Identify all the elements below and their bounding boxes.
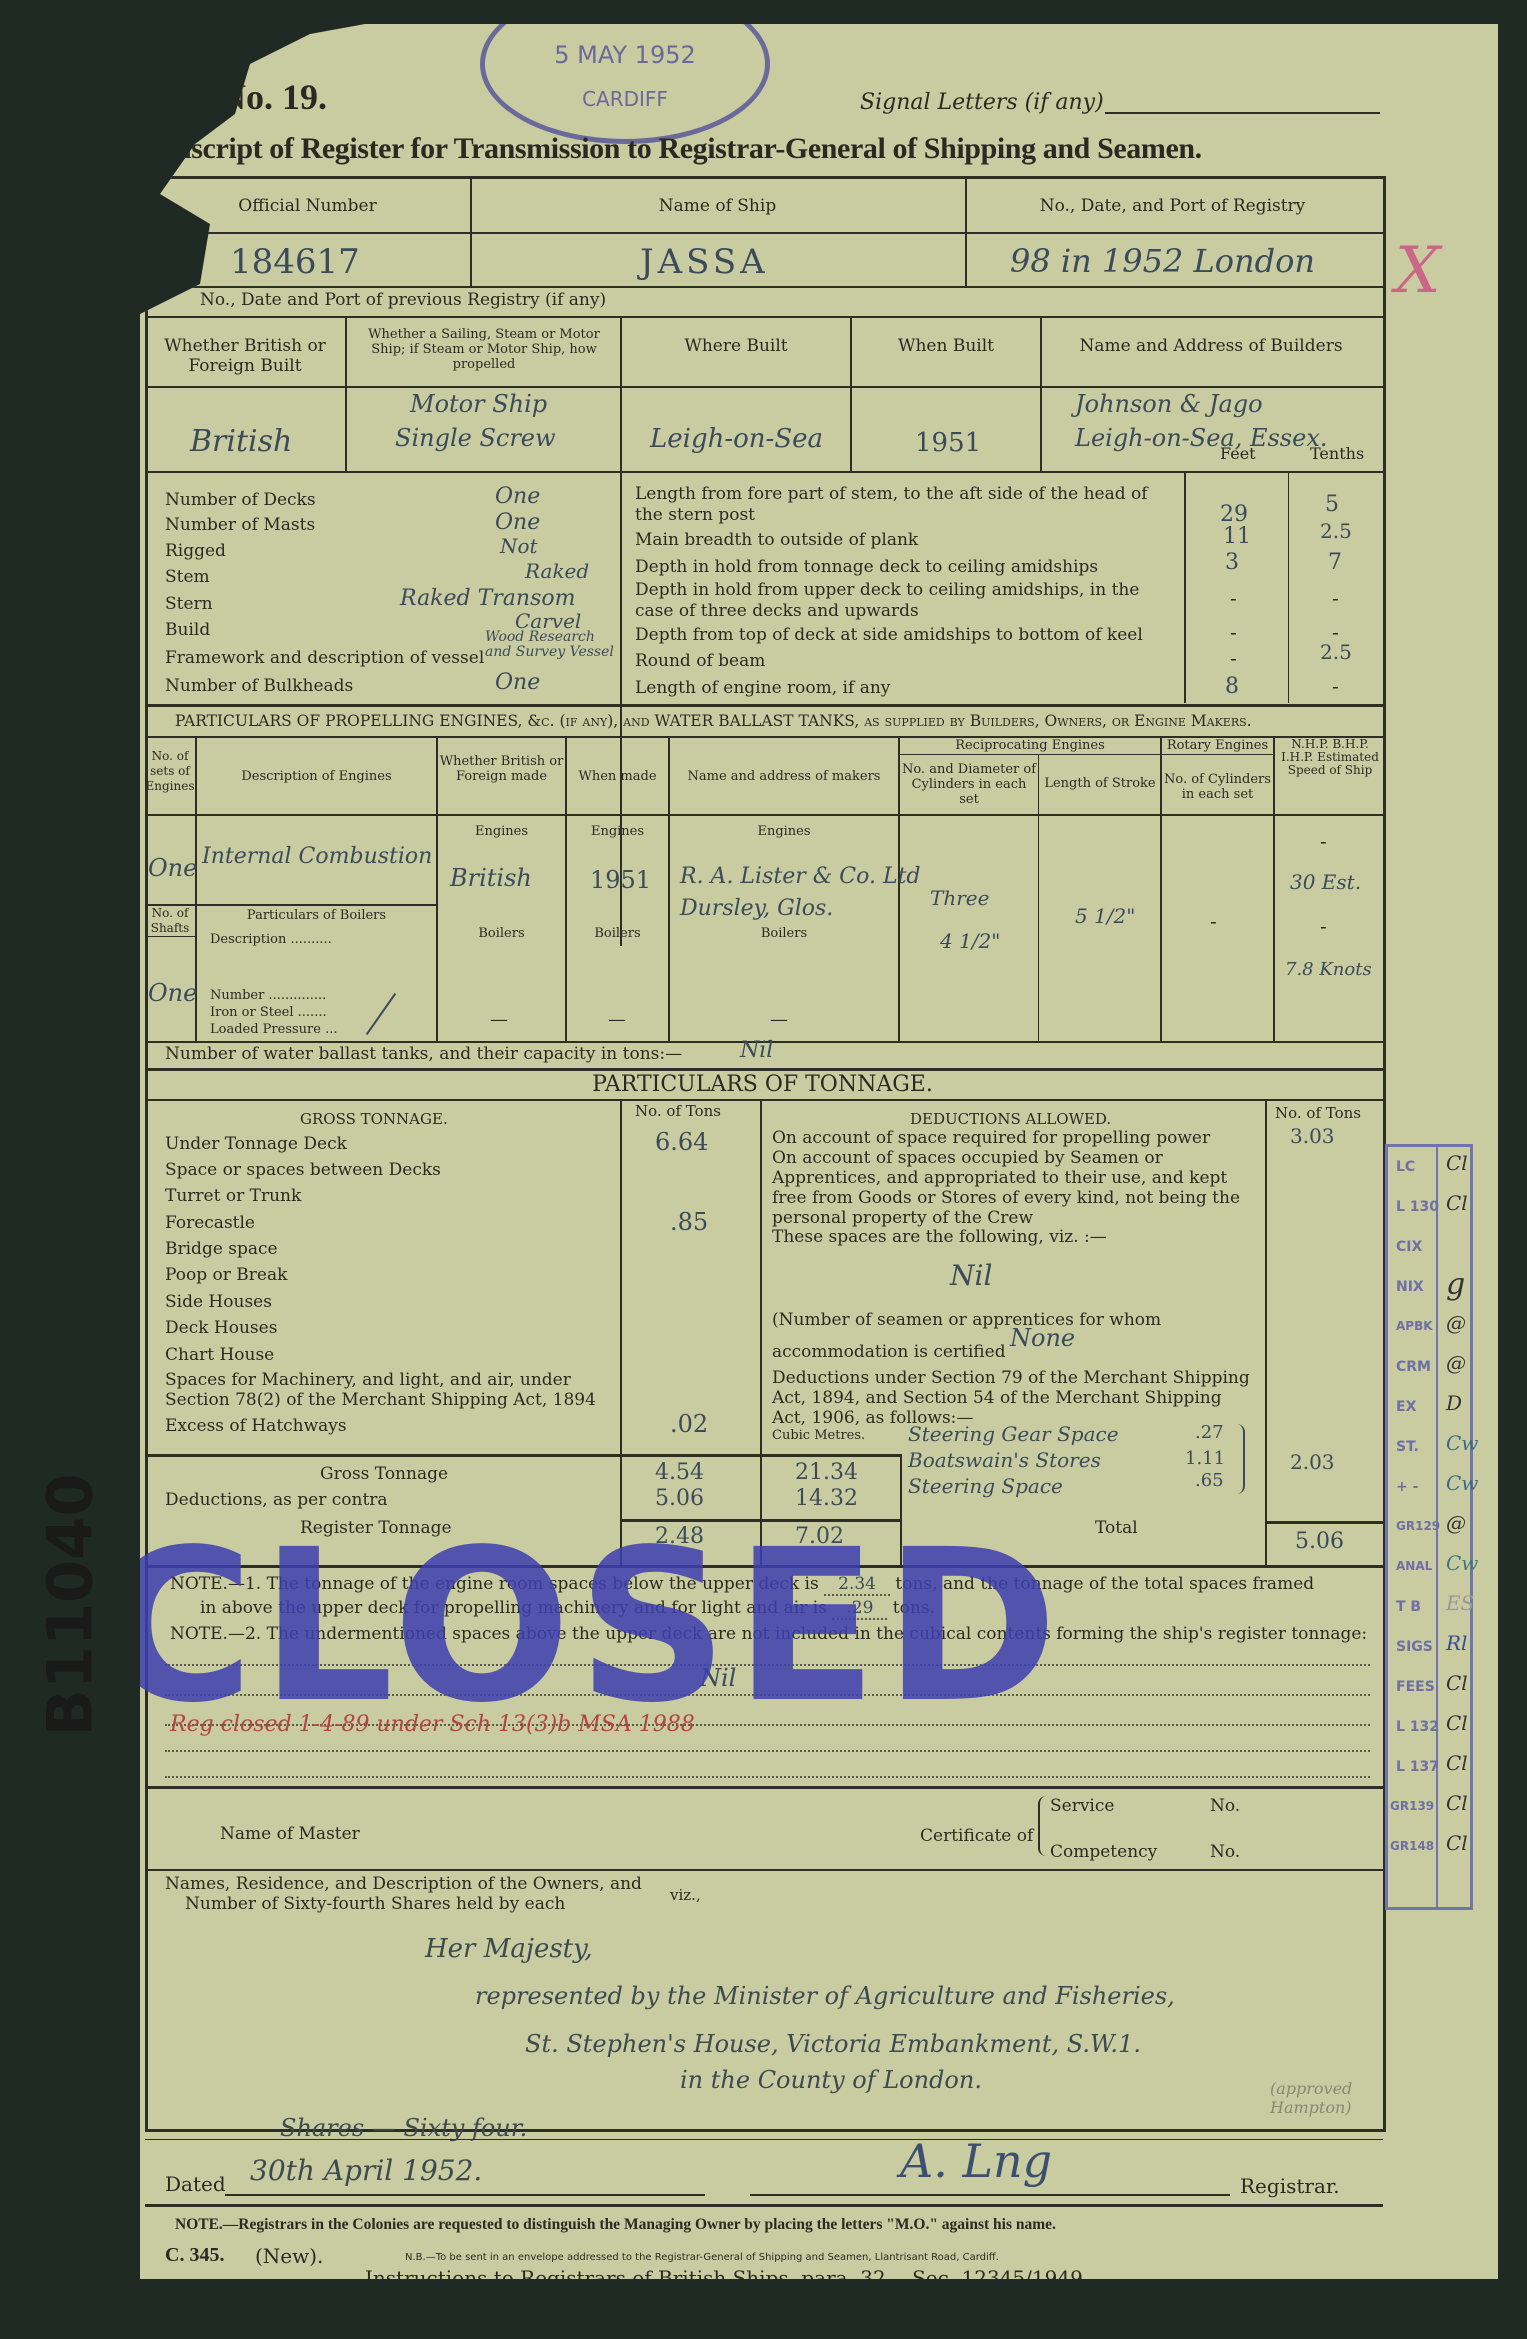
file-number: B11040	[34, 1517, 107, 1737]
shafts-value: One	[148, 979, 197, 1007]
when-built-value: 1951	[915, 428, 981, 458]
particular-value: Wood Research and Survey Vessel	[485, 630, 620, 660]
engines-sub-makers: Engines	[670, 824, 898, 839]
ded-items-brace	[1235, 1424, 1245, 1494]
gross-tonnage-label: Gross Tonnage	[320, 1464, 448, 1484]
dimension-feet: -	[1230, 646, 1237, 670]
ded-item-value: .27	[1195, 1422, 1224, 1443]
ded-propelling-value: 3.03	[1290, 1124, 1335, 1148]
dimension-label: Depth in hold from tonnage deck to ceili…	[635, 557, 1098, 577]
checklist-initial: Cl	[1446, 1711, 1468, 1735]
side-checklist: LC Cl L 130 Cl CIX NIX g APBK @ CRM @ EX…	[1385, 1144, 1473, 1910]
gross-row-label: Forecastle	[165, 1213, 255, 1233]
particular-value: One	[495, 510, 540, 535]
checklist-initial: ES	[1446, 1591, 1474, 1615]
particular-label: Build	[165, 620, 210, 640]
checklist-code: EX	[1396, 1399, 1416, 1415]
ded-section79-label: Deductions under Section 79 of the Merch…	[772, 1368, 1257, 1428]
gross-row-label: Deck Houses	[165, 1318, 277, 1338]
col-when-label: When made	[567, 769, 668, 784]
particular-value: Raked Transom	[400, 586, 575, 611]
builders-value-2: Leigh-on-Sea, Essex.	[1075, 424, 1328, 452]
checklist-code: LC	[1396, 1159, 1415, 1175]
checklist-code: + -	[1396, 1479, 1418, 1495]
cubic-metres-label: Cubic Metres.	[772, 1428, 865, 1443]
dimension-tenths: 2.5	[1320, 519, 1352, 543]
boiler-dash-makers: —	[770, 1009, 788, 1030]
shafts-label: No. of Shafts	[145, 906, 195, 936]
registrar-label: Registrar.	[1240, 2174, 1340, 2198]
engine-nhp-value: -	[1320, 829, 1327, 853]
boiler-description: Description ..........	[210, 932, 332, 947]
ship-name-label: Name of Ship	[470, 196, 965, 216]
checklist-code: L 132	[1396, 1719, 1439, 1735]
propulsion-label: Whether a Sailing, Steam or Motor Ship; …	[350, 327, 618, 372]
stamp-date: 5 MAY 1952	[485, 41, 765, 69]
gross-row-value: .02	[670, 1410, 708, 1438]
owner-shares: Shares — Sixty four.	[280, 2114, 527, 2142]
col-hp-label: N.H.P. B.H.P. I.H.P. Estimated Speed of …	[1280, 738, 1380, 777]
engine-description-value: Internal Combustion	[202, 844, 432, 869]
checklist-initial: Cw	[1446, 1551, 1478, 1575]
gross-row-label: Chart House	[165, 1345, 274, 1365]
ded-item-label: Steering Gear Space	[908, 1422, 1119, 1446]
dimension-label: Length of engine room, if any	[635, 678, 890, 698]
official-number-label: Official Number	[145, 196, 470, 216]
checklist-initial: @	[1446, 1351, 1466, 1375]
closed-stamp: CLOSED	[100, 1504, 1064, 1749]
british-foreign-label: Whether British or Foreign Built	[155, 336, 335, 376]
dimension-label: Round of beam	[635, 651, 765, 671]
form-new: (New).	[255, 2244, 323, 2268]
footer-note: NOTE.—Registrars in the Colonies are req…	[175, 2216, 1056, 2234]
master-name-label: Name of Master	[220, 1824, 360, 1844]
checklist-initial: @	[1446, 1511, 1466, 1535]
checklist-initial: Cw	[1446, 1431, 1478, 1455]
gross-row-value: 6.64	[655, 1128, 708, 1156]
owner-line-1: Her Majesty,	[425, 1934, 593, 1964]
ded-tons-label: No. of Tons	[1275, 1106, 1361, 1121]
particular-label: Number of Decks	[165, 490, 316, 510]
previous-registry-label: No., Date and Port of previous Registry …	[200, 290, 606, 310]
dimension-label: Main breadth to outside of plank	[635, 530, 918, 550]
particular-value: Not	[500, 534, 538, 558]
gross-tonnage-title: GROSS TONNAGE.	[300, 1110, 448, 1128]
ded-item-label: Steering Space	[908, 1474, 1063, 1498]
checklist-initial: g	[1446, 1267, 1465, 1302]
service-no-label: No.	[1210, 1796, 1240, 1816]
gross-row-label: Poop or Break	[165, 1265, 287, 1285]
propulsion-value-1: Motor Ship	[410, 390, 547, 418]
builders-label: Name and Address of Builders	[1042, 336, 1380, 356]
stamp-place: CARDIFF	[485, 87, 765, 111]
dimension-feet: 11	[1223, 524, 1251, 549]
ballast-value: Nil	[740, 1038, 773, 1063]
where-built-value: Leigh-on-Sea	[650, 424, 823, 454]
registry-value: 98 in 1952 London	[1010, 242, 1315, 280]
checklist-code: APBK	[1396, 1319, 1433, 1333]
engine-makers-value-2: Dursley, Glos.	[680, 896, 833, 921]
ded-items-total: 2.03	[1290, 1450, 1335, 1474]
owners-viz: viz.,	[670, 1886, 701, 1904]
ded-propelling-label: On account of space required for propell…	[772, 1128, 1210, 1148]
dimension-feet: 3	[1225, 550, 1239, 575]
checklist-code: GR139	[1390, 1799, 1434, 1813]
boiler-dash-british: —	[490, 1009, 508, 1030]
tenths-label: Tenths	[1310, 444, 1364, 463]
particular-label: Number of Masts	[165, 515, 315, 535]
checklist-code: FEES	[1396, 1679, 1435, 1695]
boiler-dash-when: —	[608, 1009, 626, 1030]
register-document: 5 MAY 1952 CARDIFF No. 19. Signal Letter…	[140, 24, 1498, 2279]
owner-line-4: in the County of London.	[680, 2066, 982, 2094]
dimension-feet: -	[1230, 586, 1237, 610]
dimension-tenths: 5	[1325, 492, 1339, 517]
gross-tonnage-m3: 21.34	[795, 1460, 858, 1485]
form-number: No. 19.	[220, 76, 327, 118]
col-british-label: Whether British or Foreign made	[438, 754, 565, 784]
engines-section-title: PARTICULARS OF PROPELLING ENGINES, &c. (…	[175, 712, 1252, 730]
particular-value: One	[495, 484, 540, 509]
dimension-label: Length from fore part of stem, to the af…	[635, 484, 1180, 526]
checklist-initial: Cl	[1446, 1751, 1468, 1775]
gross-row-label: Turret or Trunk	[165, 1186, 301, 1206]
ded-item-label: Boatswain's Stores	[908, 1448, 1101, 1472]
gross-row-label: Excess of Hatchways	[165, 1416, 347, 1436]
col-recip-label: Reciprocating Engines	[900, 738, 1160, 753]
checklist-code: NIX	[1396, 1279, 1424, 1295]
builders-value-1: Johnson & Jago	[1075, 390, 1263, 418]
checklist-code: T B	[1396, 1599, 1421, 1615]
particular-label: Rigged	[165, 541, 226, 561]
gross-tons-label: No. of Tons	[635, 1104, 721, 1119]
competency-no-label: No.	[1210, 1842, 1240, 1862]
col-makers-label: Name and address of makers	[670, 769, 898, 784]
gross-tonnage-tons: 4.54	[655, 1460, 704, 1485]
engine-when-value: 1951	[590, 866, 651, 894]
boilers-title: Particulars of Boilers	[197, 908, 436, 923]
tonnage-section-title: PARTICULARS OF TONNAGE.	[140, 1072, 1385, 1097]
dimension-tenths: 7	[1328, 550, 1342, 575]
feet-label: Feet	[1220, 444, 1256, 463]
particular-label: Stern	[165, 594, 213, 614]
checklist-initial: Cl	[1446, 1831, 1468, 1855]
engine-speed-value: 7.8 Knots	[1285, 959, 1372, 980]
dimension-feet: -	[1230, 620, 1237, 644]
checklist-code: ST.	[1396, 1439, 1419, 1455]
ship-name-value: JASSA	[640, 242, 769, 282]
registrar-line	[750, 2194, 1230, 2196]
checklist-initial: Cw	[1446, 1471, 1478, 1495]
ded-item-value: 1.11	[1185, 1448, 1225, 1469]
ded-item-value: .65	[1195, 1470, 1224, 1491]
checklist-code: SIGS	[1396, 1639, 1433, 1655]
particular-value: One	[495, 670, 540, 695]
owner-line-3: St. Stephen's House, Victoria Embankment…	[525, 2030, 1141, 2058]
col-rotary-label: Rotary Engines	[1162, 738, 1273, 753]
boiler-pressure: Loaded Pressure ...	[210, 1022, 338, 1037]
gross-row-label: Under Tonnage Deck	[165, 1134, 347, 1154]
boilers-sub-british: Boilers	[438, 926, 565, 941]
ded-seamen-label: On account of spaces occupied by Seamen …	[772, 1148, 1257, 1228]
ballast-label: Number of water ballast tanks, and their…	[165, 1044, 682, 1064]
date-stamp: 5 MAY 1952 CARDIFF	[480, 0, 770, 144]
where-built-label: Where Built	[622, 336, 850, 356]
registrar-signature: A. Lng	[900, 2134, 1052, 2188]
checklist-initial: Cl	[1446, 1151, 1468, 1175]
competency-label: Competency	[1050, 1842, 1157, 1862]
owner-line-2: represented by the Minister of Agricultu…	[475, 1982, 1175, 2010]
dimension-tenths: 2.5	[1320, 640, 1352, 664]
checklist-code: GR148	[1390, 1839, 1434, 1853]
registry-label: No., Date, and Port of Registry	[965, 196, 1380, 216]
ded-following-label: These spaces are the following, viz. :—	[772, 1227, 1107, 1247]
footer-instructions: Instructions to Registrars of British Sh…	[365, 2266, 1089, 2290]
owners-label-2: Number of Sixty-fourth Shares held by ea…	[185, 1894, 565, 1914]
document-title: nscript of Register for Transmission to …	[175, 132, 1202, 166]
boiler-number: Number ..............	[210, 988, 326, 1003]
when-built-label: When Built	[852, 336, 1040, 356]
signal-letters-label: Signal Letters (if any)	[860, 90, 1104, 115]
owners-label-1: Names, Residence, and Description of the…	[165, 1874, 642, 1894]
dimension-tenths: -	[1332, 586, 1339, 610]
col-sets-label: No. of sets of Engines	[145, 749, 195, 794]
official-number-value: 184617	[230, 242, 360, 282]
engine-sets-value: One	[148, 854, 197, 882]
checklist-code: L 137	[1396, 1759, 1439, 1775]
engine-rotary-value: -	[1210, 909, 1217, 933]
gross-row-label: Space or spaces between Decks	[165, 1160, 441, 1180]
boilers-sub-when: Boilers	[567, 926, 668, 941]
particular-label: Number of Bulkheads	[165, 676, 353, 696]
total-value: 5.06	[1295, 1529, 1344, 1554]
dimension-label: Depth from top of deck at side amidships…	[635, 625, 1143, 645]
engine-bhp-value: 30 Est.	[1290, 870, 1361, 894]
dimension-label: Depth in hold from upper deck to ceiling…	[635, 580, 1180, 622]
dated-line	[225, 2194, 705, 2196]
dated-value: 30th April 1952.	[250, 2154, 482, 2187]
certificate-brace	[1038, 1796, 1048, 1856]
owner-margin-note: (approved Hampton)	[1270, 2079, 1380, 2117]
gross-row-value: .85	[670, 1208, 708, 1236]
engine-makers-value-1: R. A. Lister & Co. Ltd	[680, 864, 921, 889]
engines-sub-british: Engines	[438, 824, 565, 839]
checklist-initial: Cl	[1446, 1791, 1468, 1815]
form-code: C. 345.	[165, 2244, 224, 2267]
col-description-label: Description of Engines	[197, 769, 436, 784]
deductions-title: DEDUCTIONS ALLOWED.	[910, 1110, 1111, 1128]
dated-label: Dated	[165, 2172, 226, 2196]
engine-british-value: British	[450, 864, 532, 892]
red-x-mark: X	[1395, 234, 1441, 308]
signal-letters-line	[1105, 112, 1380, 114]
dimension-tenths: -	[1332, 674, 1339, 698]
engine-stroke-value: 5 1/2"	[1075, 904, 1135, 928]
checklist-initial: Cl	[1446, 1671, 1468, 1695]
boiler-iron: Iron or Steel .......	[210, 1005, 327, 1020]
checklist-code: CRM	[1396, 1359, 1431, 1375]
particular-value: Raked	[525, 559, 589, 583]
gross-row-label: Side Houses	[165, 1292, 272, 1312]
col-rotary-cyl-label: No. of Cylinders in each set	[1162, 772, 1273, 802]
gross-row-label: Bridge space	[165, 1239, 278, 1259]
engines-sub-when: Engines	[567, 824, 668, 839]
propulsion-value-2: Single Screw	[395, 424, 556, 452]
col-stroke-label: Length of Stroke	[1040, 776, 1160, 791]
gross-row-label: Spaces for Machinery, and light, and air…	[165, 1370, 615, 1410]
checklist-initial: Cl	[1446, 1191, 1468, 1215]
checklist-initial: D	[1446, 1391, 1462, 1415]
service-label: Service	[1050, 1796, 1114, 1816]
certificate-label: Certificate of	[920, 1826, 1033, 1846]
checklist-code: CIX	[1396, 1239, 1422, 1255]
ded-number-value: None	[1010, 1324, 1075, 1352]
footer-nb: N.B.—To be sent in an envelope addressed…	[405, 2252, 999, 2263]
engine-cyl-value-2: 4 1/2"	[940, 929, 1000, 953]
checklist-code: ANAL	[1396, 1559, 1432, 1573]
dimension-feet: 8	[1225, 674, 1239, 699]
col-cyl-label: No. and Diameter of Cylinders in each se…	[900, 762, 1038, 807]
engine-cyl-value-1: Three	[930, 886, 989, 910]
engine-ihp-value: -	[1320, 914, 1327, 938]
british-foreign-value: British	[190, 424, 292, 459]
particular-label: Framework and description of vessel	[165, 648, 484, 668]
ded-following-value: Nil	[950, 1259, 992, 1292]
checklist-initial: @	[1446, 1311, 1466, 1335]
boilers-sub-makers: Boilers	[670, 926, 898, 941]
checklist-code: L 130	[1396, 1199, 1439, 1215]
particular-label: Stem	[165, 567, 210, 587]
checklist-code: GR129	[1396, 1519, 1440, 1533]
total-label: Total	[1095, 1518, 1138, 1538]
checklist-initial: Rl	[1446, 1631, 1467, 1655]
